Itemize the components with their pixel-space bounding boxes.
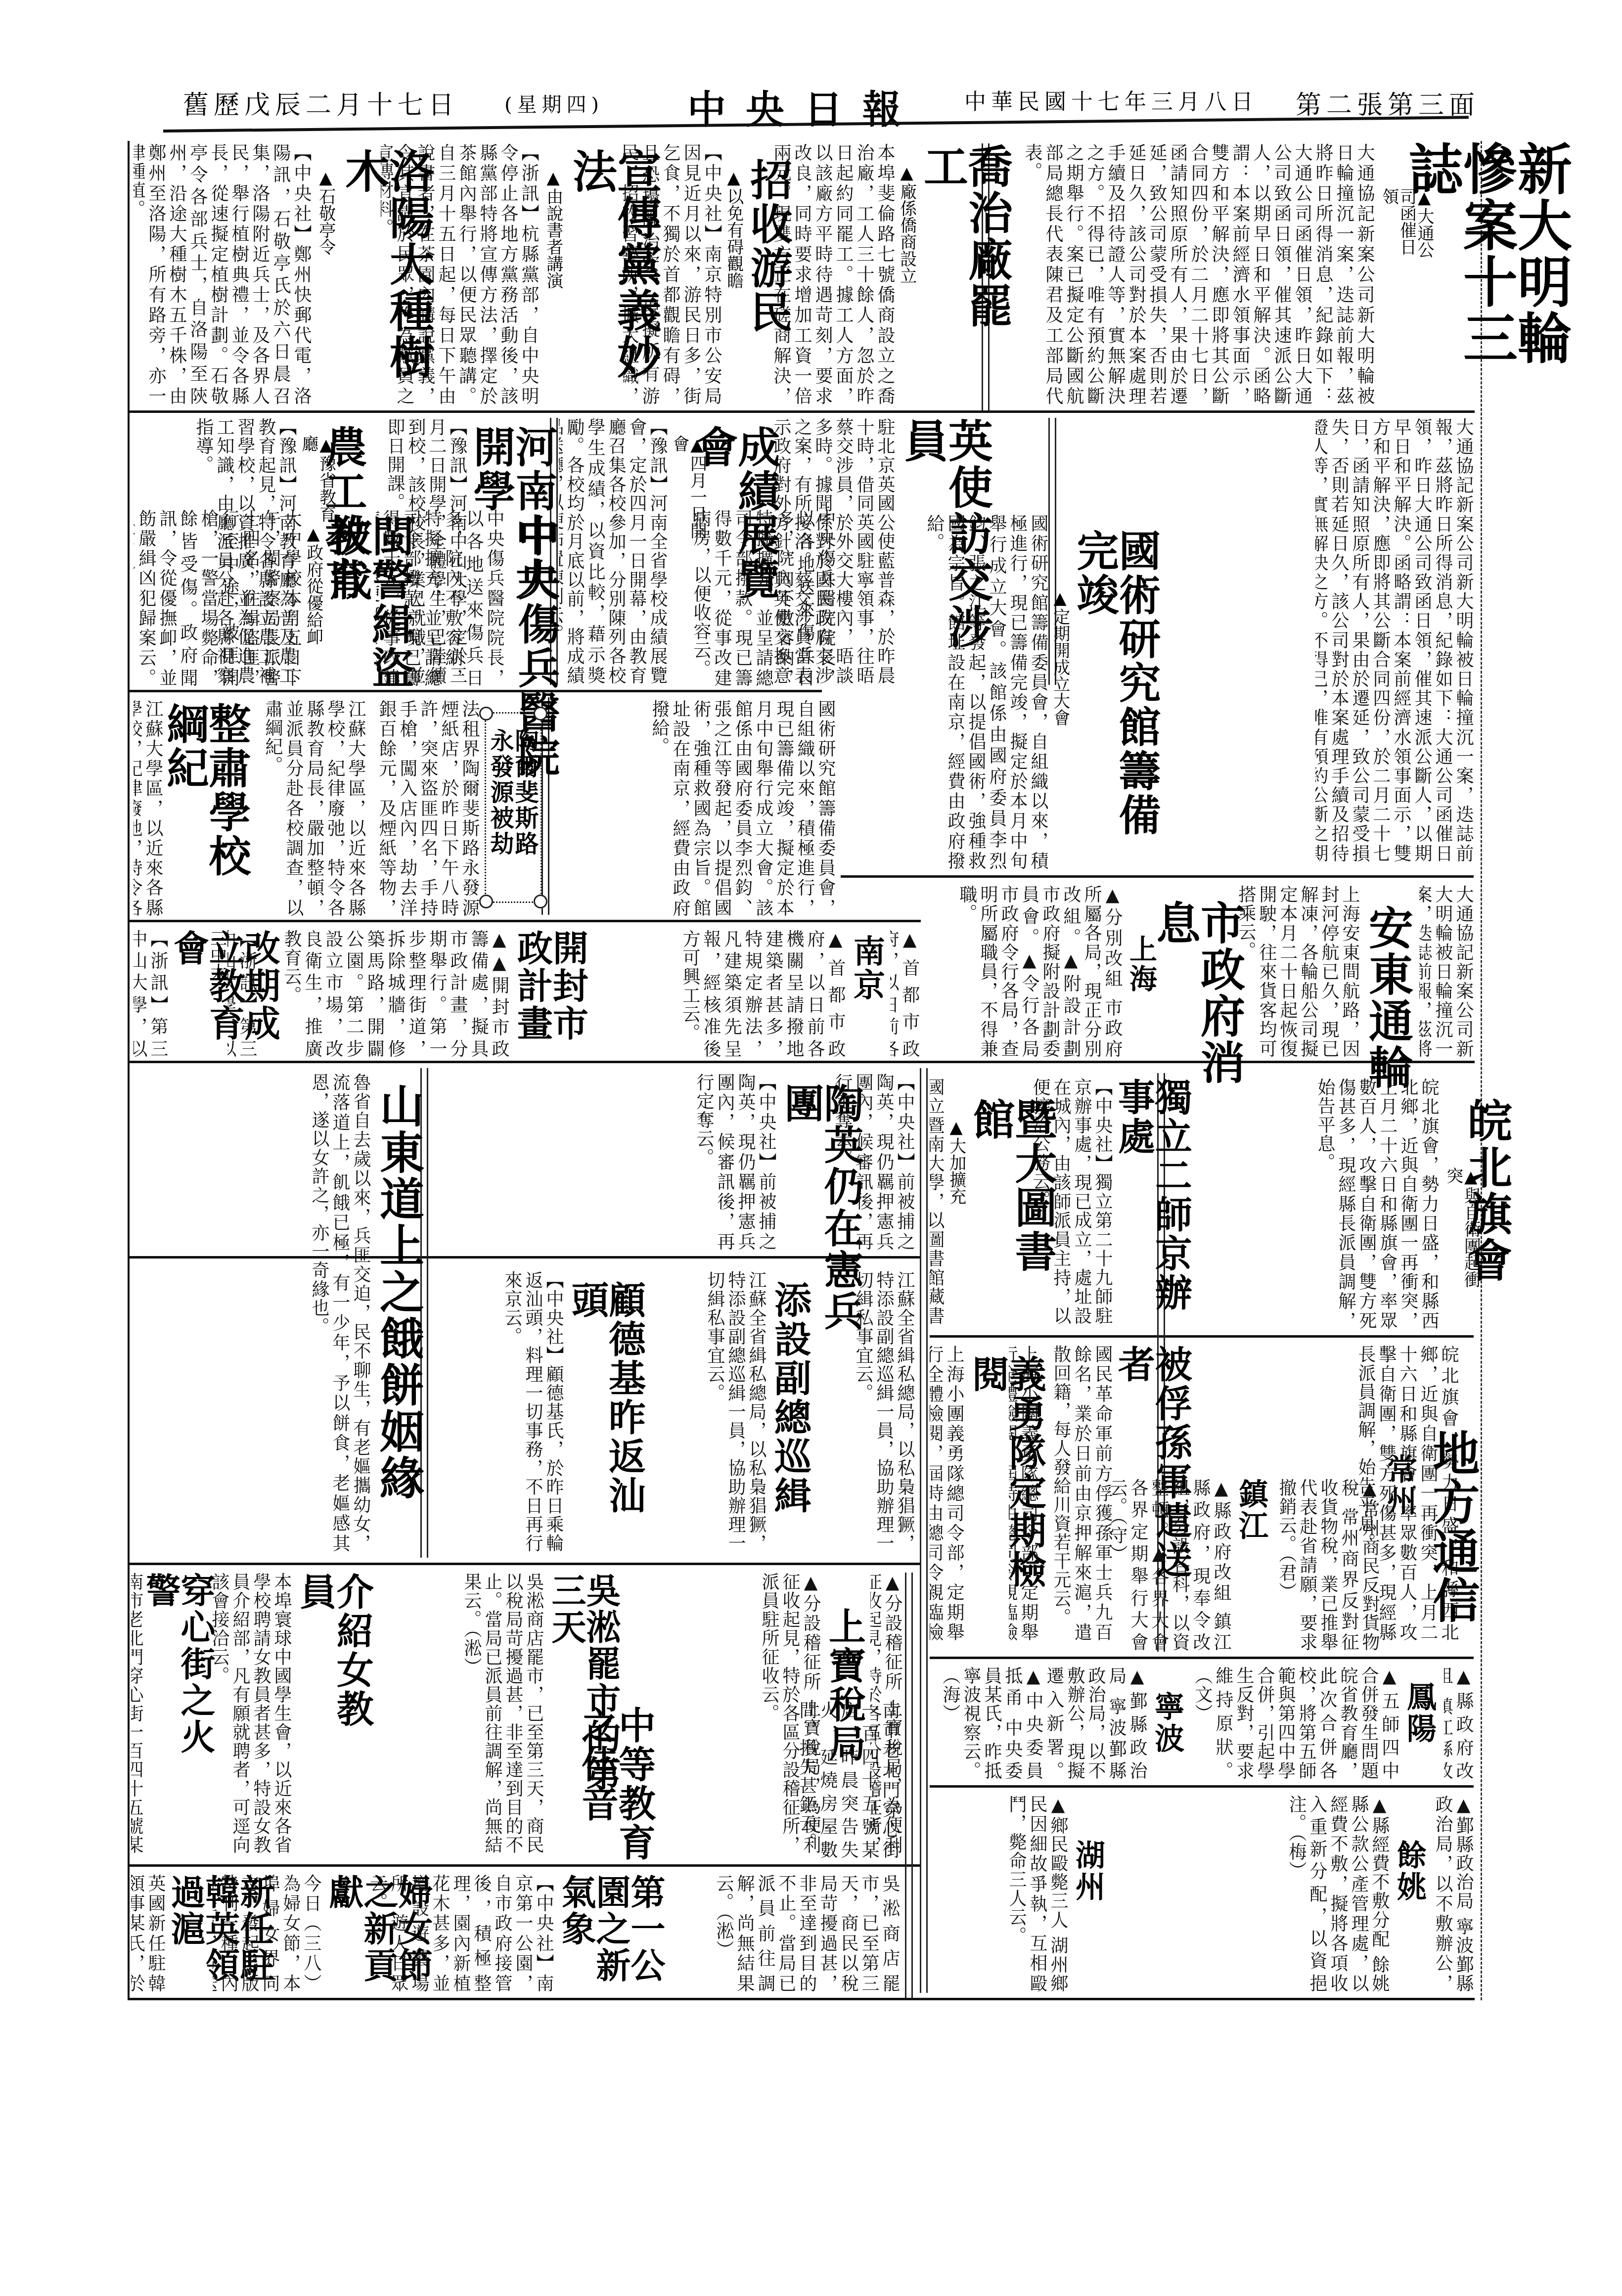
article-body-continued: 大通協記新案公司新大明輪被日輪撞沉一案，迭誌前報，茲將昨日所得消息，紀錄如下：大… (1315, 418, 1474, 863)
article-body-continued: 國術研究館籌備委員會，自組織以來，積極進行，現已籌備完竣，擬定於本月中旬舉行成立… (559, 700, 836, 917)
band-separator (130, 1563, 921, 1565)
article-body: 吳淞商店罷市，已至第三天，商民以稅局苛擾過甚，非至達到目的不止。當局已派員前往調… (341, 1573, 544, 1854)
article-body-right: 南市老北門穿心街一百四十五號某店，昨晨突告失火，延燒房屋數間，損失甚鉅云。 (623, 1701, 900, 1859)
headline: 添設副總巡緝 (771, 1281, 809, 1528)
article-body: 中央傷兵醫院院長，以各地送來傷兵日多，院內不敷容納，特擬擴充，並呈請總司令部撥款… (559, 509, 836, 687)
article-body: ▲▲開封市政籌備處，擬具市政計畫，分期舉行。第一步整理街道，拆除城牆，修築馬路，… (262, 930, 509, 1058)
subhead: ▲政府從優給卹 (304, 524, 322, 653)
weekday: (星期四) (504, 89, 604, 117)
article-body: 江蘇全省緝私總局，以私梟猖獗，特添設副總巡緝一員，協助辦理一切緝私事宜云。 (618, 1271, 766, 1553)
article-body: 南市老北門穿心街一百四十五號某店，昨晨突告失火，延燒房屋數間，損失甚鉅云。 (131, 1573, 143, 1854)
article-body: ▲分別改組 市政府所屬各局，現正分別改組。▲附設計劃 市政府擬附設計劃委員會。▲… (930, 885, 1123, 1058)
article-body: ▲五師四中合併發生問題 皖省教育廳，此次合併各校，將第五師範與第四中學合併，引起… (1187, 1666, 1399, 1780)
robbery-box: 陶爾斐斯路 永發源被劫 (485, 712, 542, 903)
place-ningbo: 寧波 (1152, 1691, 1182, 1780)
box-corner-ornament (534, 895, 547, 908)
headline: 招收游民 (747, 158, 789, 356)
bottom-rule (130, 1998, 1475, 2000)
headline: 獨立二師京辦事處 (1115, 1078, 1189, 1325)
article-body: 【浙訊】第三中山大學，以浙省教育會，亟須成立，特訂定各縣教育會章程，令各縣依限成… (134, 930, 168, 1058)
article-body-col: 江蘇全省緝私總局，以私梟猖獗，特添設副總巡緝一員，協助辦理一切緝私事宜云。 (816, 1271, 915, 1553)
article-body: 【中央社】南京第一公園，自市政府接管後，積極整理，園內新植花木甚多，並增設遊藝場… (371, 1874, 554, 1993)
column-rule (905, 1573, 913, 1998)
band-separator (130, 1061, 1475, 1063)
gregorian-date: 中華民國十七年三月八日 (964, 84, 1258, 116)
article-body-col: 江蘇大學區，以近來各縣學校，紀律廢弛，特令各縣教育局長，嚴加整頓，並派員分赴各校… (208, 700, 366, 917)
article-body: ▲縣政府改組 鎮江縣政府，現奉令改組，分設各科，以資整頓。▲各界大會 各界定期舉… (930, 1479, 1231, 1652)
article-body-prev: ▲縣政府改組 鎮江縣政府，現奉令改組，分設各科，以資整頓。▲各界大會 各界定期舉… (1444, 1666, 1474, 1780)
place-zhenjiang: 鎮江 (1236, 1479, 1266, 1647)
place-fengyang: 鳳陽 (1404, 1681, 1434, 1780)
band-separator (130, 690, 822, 692)
place-changzhou: 常州 (1385, 1454, 1414, 1632)
headline: 新大明輪慘案十三誌 (1404, 141, 1568, 408)
headline: 山東道上之餓餅姻緣 (376, 1083, 420, 1528)
section-title: 地方通信 (1429, 1429, 1476, 1647)
article-body-col: ▲首都市政府，以日前各機關呈請撥地建築者甚多，特規定辦法，凡建築須先呈報，經核准… (890, 930, 920, 1058)
article-body: 國立暨南大學，以圖書館藏書不敷應用，特撥款大加擴充，並聘專員主持其事，購置中外書… (930, 1078, 945, 1325)
headline: 市政府消息 (1152, 900, 1241, 1108)
article-body-col: 【中央社】前被捕之陶英，現仍羈押憲兵團內，候審訊後，再行定奪云。 (826, 1073, 915, 1251)
headline: 安東通輪 (1365, 905, 1409, 1093)
robbery-body: 法租界陶爾斐斯路永發源煙紙店，於昨日下午八時許，突來盜匪四名，手持手槍，闖入店內… (376, 700, 480, 917)
article-body: 國術研究館籌備委員會，自組織以來，積極進行，現已籌備完竣，擬定於本月中旬舉行成立… (841, 514, 1048, 870)
headline: 穿心街之火警 (143, 1573, 213, 1780)
box-corner-ornament (534, 707, 547, 720)
article-body-col: 【浙訊】第三中山大學，以浙省教育會，亟須成立，特訂定各縣教育會章程，令各縣依限成… (227, 930, 257, 1058)
article-body: ▲常州商民反對貨物稅 常州商界反對征收貨物稅，業已推舉代表赴省請願，要求撤銷云。… (1271, 1479, 1380, 1652)
headline: 南京 (851, 935, 882, 1034)
headline: 喬治廠罷工 (920, 143, 1009, 366)
article-body: 大通協記新案公司新大明輪被日輪撞沉一案，迭誌前報，茲將昨日所得消息，紀錄如下：大… (994, 143, 1375, 405)
subhead: ▲定期開成立大會 (1051, 588, 1069, 737)
article-body-col: 大通協記新案公司新大明輪被日輪撞沉一案，迭誌前報，茲將昨日所得消息，紀錄如下：大… (1419, 885, 1474, 1058)
subhead: ▲由說書者講演 (544, 168, 562, 307)
subhead: ▲以免有碍觀瞻 (724, 168, 742, 302)
place-yuyao: 餘姚 (1395, 1840, 1424, 1988)
article-body: ▲鄞縣政治局 寧波鄞縣政治局，以不敷辦公，現擬遷入新署。▲中央委員抵甬 中央委員… (930, 1666, 1147, 1780)
article-body: ▲首都市政府，以日前各機關呈請撥地建築者甚多，特規定辦法，凡建築須先呈報，經核准… (559, 930, 846, 1058)
headline: 宣傳黨義妙法 (569, 148, 658, 386)
headline-line2: 永發源被劫 (488, 728, 512, 857)
box-corner-ornament (479, 707, 493, 720)
place-huzhou: 湖州 (1073, 1840, 1103, 1938)
headline: 洛陽大種樹木 (341, 148, 430, 386)
article-body: 【中央社】鄭州快郵代電，洛陽訊，石敬亭氏於六日晨召集，洛陽附近兵士，及各界人民，… (134, 143, 312, 405)
band-separator (130, 920, 921, 922)
band-separator (930, 1335, 1474, 1338)
headline-line1: 陶爾斐斯路 (513, 728, 537, 857)
article-body: 江蘇大學區，以近來各縣學校，紀律廢弛，特令各縣教育局長，嚴加整頓，並派員分赴各校… (134, 700, 163, 917)
headline: 暨大圖書館 (969, 1098, 1053, 1286)
location-label: 三中大 (208, 930, 225, 1019)
box-corner-ornament (479, 895, 493, 908)
article-body: 魯省自去歲以來，兵匪交迫，民不聊生，有老嫗攜幼女，流落道上，飢餓已極，有一少年，… (134, 1073, 371, 1553)
subhead: ▲大加擴充 (947, 1118, 965, 1207)
article-body: 【中央社】顧德基氏，於昨日乘輪返汕頭，料理一切事務，不日再行來京云。 (430, 1271, 564, 1553)
band-separator (930, 1785, 1474, 1788)
lunar-date: 舊歷戊辰二月十七日 (183, 84, 459, 121)
masthead: 舊歷戊辰二月十七日 (星期四) 中央日報 中華民國十七年三月八日 第二張第三面 (163, 79, 1498, 124)
band-separator (130, 1864, 921, 1867)
subhead: ▲與自衛團起衝突 (1444, 1167, 1479, 1296)
article-body: 皖北旗會，勢力日盛，和縣西北鄉，近與自衛團一再衝突，上月二十六日和縣旗會，率眾數… (1162, 1078, 1439, 1330)
location-label: 上海 (1127, 935, 1155, 1063)
subhead: ▲廠係僑商設立 (898, 163, 915, 292)
article-body: 英國新任駐韓領事某氏，於昨日由英抵滬，小住數日，即赴韓京履新云。（七日） (131, 1874, 166, 1993)
headline: 國術研究館籌備完竣 (1073, 529, 1157, 865)
article-body: 大中學校本月五日下午，閩警察局長派警士四名，往緝盜匪，行至中途，被匪開槍，一警當… (134, 509, 302, 687)
article-body: 【中央社】前被捕之陶英，現仍羈押憲兵團內，候審訊後，再行定奪云。 (430, 1073, 776, 1251)
band-separator (841, 875, 1474, 878)
article-body-col: 中央傷兵醫院院長，以各地送來傷兵日多，院內不敷容納，特擬擴充，並呈請總司令部撥款… (376, 509, 504, 687)
article-body: ▲鄉民毆斃三人 湖州鄉民因細故爭執，互相毆鬥，斃命三人云。 (930, 1795, 1068, 1993)
article-body-prev: ▲鄞縣政治局 寧波鄞縣政治局，以不敷辦公，現擬遷入新署。▲中央委員抵甬 中央委員… (1434, 1795, 1474, 1993)
subhead: ▲大通公司函催日領 (1380, 188, 1433, 267)
subhead: ▲石敬亭令 (316, 168, 334, 267)
band-separator (930, 1657, 1474, 1659)
article-body: ▲縣經費不敷分配 餘姚縣公款公產管理處，以經費不敷，擬將各項收入重新分配，以資挹… (1108, 1795, 1390, 1993)
article-body: 今日（三八）為婦女節，本埠婦女界同志，發起出版特刊一種，內容豐富，分送各界云。 (213, 1874, 321, 1993)
column-rule (920, 1068, 928, 1993)
band-separator (130, 410, 1475, 413)
article-body-col: 吳淞商店罷市，已至第三天，商民以稅局苛擾過甚，非至達到目的不止。當局已派員前往調… (603, 1874, 900, 1993)
